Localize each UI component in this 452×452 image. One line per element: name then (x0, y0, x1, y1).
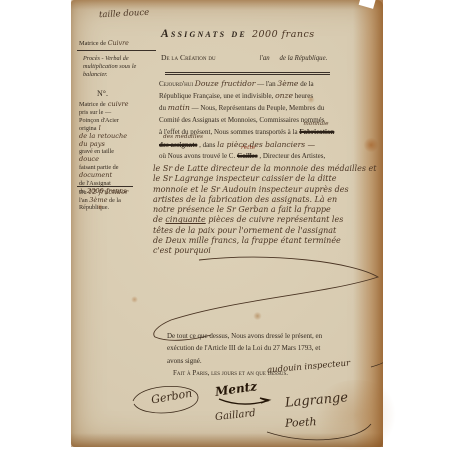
paper-stain (253, 312, 262, 320)
margin-date-line: République. (79, 204, 128, 212)
handwritten-top-note: taille douce (99, 8, 150, 21)
body-line: où Nous avons trouvé le C. retteGailles … (159, 152, 395, 164)
margin-description-block: Matrice de cuivre pris sur le — Poinçon … (79, 101, 129, 196)
aged-paper-sheet: taille douce Matrice de Cuivre Procès - … (71, 0, 383, 447)
signature-mentz: Mentz (214, 379, 258, 399)
margin-date-block: Du 12 fructidor l'an 3ème de la Républiq… (79, 189, 128, 212)
closing-line: exécution de l'Article III de la Loi du … (167, 344, 393, 356)
struck-word: des assignats (159, 141, 197, 149)
body-paragraph: Cejourd'hui Douze fructidor — l'an 3ème … (159, 79, 395, 164)
margin-matrice-value: Cuivre (108, 40, 129, 47)
body-line: République Française, une et indivisible… (159, 91, 395, 103)
title-handwritten-amount: 2000 francs (252, 29, 315, 40)
struck-word: Gailles (237, 152, 258, 160)
margin-desc-line: Poinçon d'Acier (79, 117, 129, 125)
signature-gerbon: Gerbon (150, 387, 193, 407)
interlinear-correction: monnaie (303, 121, 328, 127)
margin-date-line: l'an 3ème de la (79, 197, 128, 205)
handwritten-line: le Sr de Latte directeur de la monnoie d… (153, 164, 397, 174)
title-printed: Assignats de (161, 28, 247, 40)
handwritten-line: de cinquante pièces de cuivre représenta… (153, 215, 397, 225)
handwritten-line: monnoie et le Sr Audouin inspecteur aupr… (153, 185, 397, 195)
margin-desc-line: Matrice de cuivre (79, 101, 129, 109)
handwritten-line: notre présence le Sr Gerban a fait la fr… (153, 205, 397, 215)
body-line: Cejourd'hui Douze fructidor — l'an 3ème … (159, 79, 395, 91)
creation-republique: de la République. (280, 55, 328, 62)
scanned-document-page: taille douce Matrice de Cuivre Procès - … (0, 0, 452, 452)
handwritten-line: artistes de la fabrication des assignats… (153, 195, 397, 205)
signature-poeth: Poeth (285, 415, 317, 430)
handwritten-line: de Deux mille francs, la frappe étant te… (153, 236, 397, 246)
body-line: Comité des Assignats et Monnoies, Commis… (159, 116, 395, 128)
underlined-word: cinquante (165, 215, 205, 224)
margin-desc-line: du pays (79, 141, 129, 149)
margin-desc-line: document (79, 172, 129, 180)
struck-word: Fabrication (299, 128, 334, 136)
interlinear-correction-red: rette (241, 145, 255, 151)
margin-desc-line: douce (79, 156, 129, 164)
creation-printed: De la Création du (161, 53, 216, 62)
margin-rule (77, 186, 133, 187)
paper-edge-shading (71, 433, 383, 447)
signature-gaillard: Gaillard (215, 408, 257, 423)
creation-lan: l'an (259, 55, 269, 62)
margin-desc-line: pris sur le — (79, 109, 129, 117)
signature-lagrange: Lagrange (284, 390, 348, 410)
creation-line: De la Création du l'an de la République. (161, 53, 327, 62)
document-title: Assignats de 2000 francs (161, 28, 315, 40)
margin-rule (77, 50, 156, 51)
body-line: du matin — Nous, Représentans du Peuple,… (159, 103, 395, 115)
double-rule (165, 72, 330, 75)
interlinear-correction: des médailles (163, 134, 203, 140)
handwritten-block: le Sr de Latte directeur de la monnoie d… (153, 164, 397, 257)
closing-line: De tout ce que dessus, Nous avons dressé… (167, 332, 393, 344)
margin-proces-verbal: Procès - Verbal de multiplication sous l… (83, 55, 157, 80)
handwritten-line: têtes de la paix pour l'ornement de l'as… (153, 226, 397, 236)
margin-matrice-label: Matrice de (79, 40, 106, 47)
handwritten-line: c'est pourquoi (153, 246, 397, 256)
paper-stain (131, 296, 138, 303)
body-line: des médaillesdes assignats , dans la piè… (159, 140, 395, 152)
margin-matrice-line: Matrice de Cuivre (79, 40, 129, 47)
handwritten-line: le Sr Lagrange inspecteur caissier de la… (153, 174, 397, 184)
margin-numero: N°. (97, 89, 108, 98)
